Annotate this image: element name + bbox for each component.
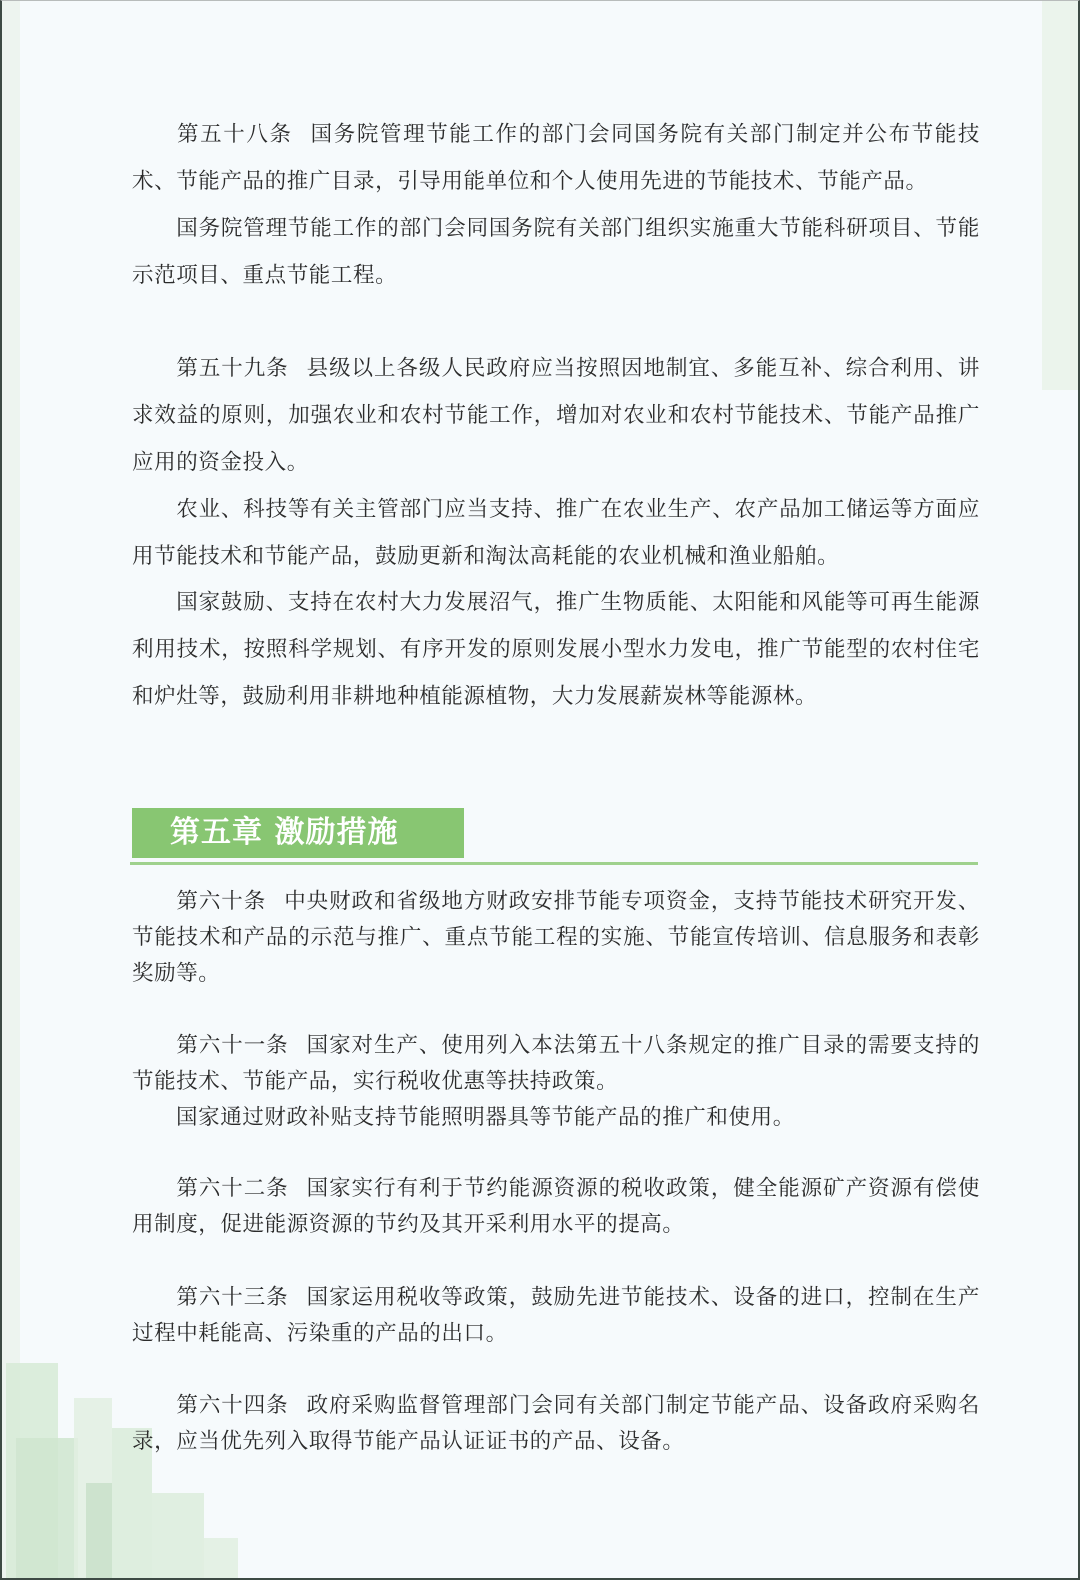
article-number: 第六十二条 bbox=[176, 1176, 289, 1201]
article-63-paragraph-1: 第六十三条国家运用税收等政策，鼓励先进节能技术、设备的进口，控制在生产过程中耗能… bbox=[132, 1280, 980, 1352]
article-59-paragraph-3: 国家鼓励、支持在农村大力发展沼气，推广生物质能、太阳能和风能等可再生能源利用技术… bbox=[132, 579, 980, 720]
article-61-paragraph-2: 国家通过财政补贴支持节能照明器具等节能产品的推广和使用。 bbox=[132, 1100, 980, 1136]
article-64-paragraph-1: 第六十四条政府采购监督管理部门会同有关部门制定节能产品、设备政府采购名录，应当优… bbox=[132, 1388, 980, 1460]
article-number: 第六十条 bbox=[176, 889, 266, 914]
article-text: 农业、科技等有关主管部门应当支持、推广在农业生产、农产品加工储运等方面应用节能技… bbox=[132, 497, 980, 569]
right-decorative-strip bbox=[1042, 0, 1078, 390]
article-number: 第六十三条 bbox=[176, 1285, 289, 1310]
chapter-divider bbox=[130, 862, 978, 865]
chapter-heading: 第五章 激励措施 bbox=[132, 808, 464, 858]
article-61-paragraph-1: 第六十一条国家对生产、使用列入本法第五十八条规定的推广目录的需要支持的节能技术、… bbox=[132, 1028, 980, 1100]
article-59-paragraph-1: 第五十九条县级以上各级人民政府应当按照因地制宜、多能互补、综合利用、讲求效益的原… bbox=[132, 345, 980, 486]
article-62-paragraph-1: 第六十二条国家实行有利于节约能源资源的税收政策，健全能源矿产资源有偿使用制度，促… bbox=[132, 1171, 980, 1243]
article-58-paragraph-1: 第五十八条国务院管理节能工作的部门会同国务院有关部门制定并公布节能技术、节能产品… bbox=[132, 111, 980, 205]
article-number: 第五十八条 bbox=[176, 122, 293, 147]
article-text: 国家鼓励、支持在农村大力发展沼气，推广生物质能、太阳能和风能等可再生能源利用技术… bbox=[132, 590, 980, 709]
article-number: 第五十九条 bbox=[176, 356, 289, 381]
article-number: 第六十四条 bbox=[176, 1393, 289, 1418]
article-text: 国务院管理节能工作的部门会同国务院有关部门组织实施重大节能科研项目、节能示范项目… bbox=[132, 216, 980, 288]
article-number: 第六十一条 bbox=[176, 1033, 289, 1058]
article-58-paragraph-2: 国务院管理节能工作的部门会同国务院有关部门组织实施重大节能科研项目、节能示范项目… bbox=[132, 205, 980, 299]
article-60-paragraph-1: 第六十条中央财政和省级地方财政安排节能专项资金，支持节能技术研究开发、节能技术和… bbox=[132, 884, 980, 992]
article-text: 国家通过财政补贴支持节能照明器具等节能产品的推广和使用。 bbox=[176, 1105, 795, 1130]
article-59-paragraph-2: 农业、科技等有关主管部门应当支持、推广在农业生产、农产品加工储运等方面应用节能技… bbox=[132, 486, 980, 580]
